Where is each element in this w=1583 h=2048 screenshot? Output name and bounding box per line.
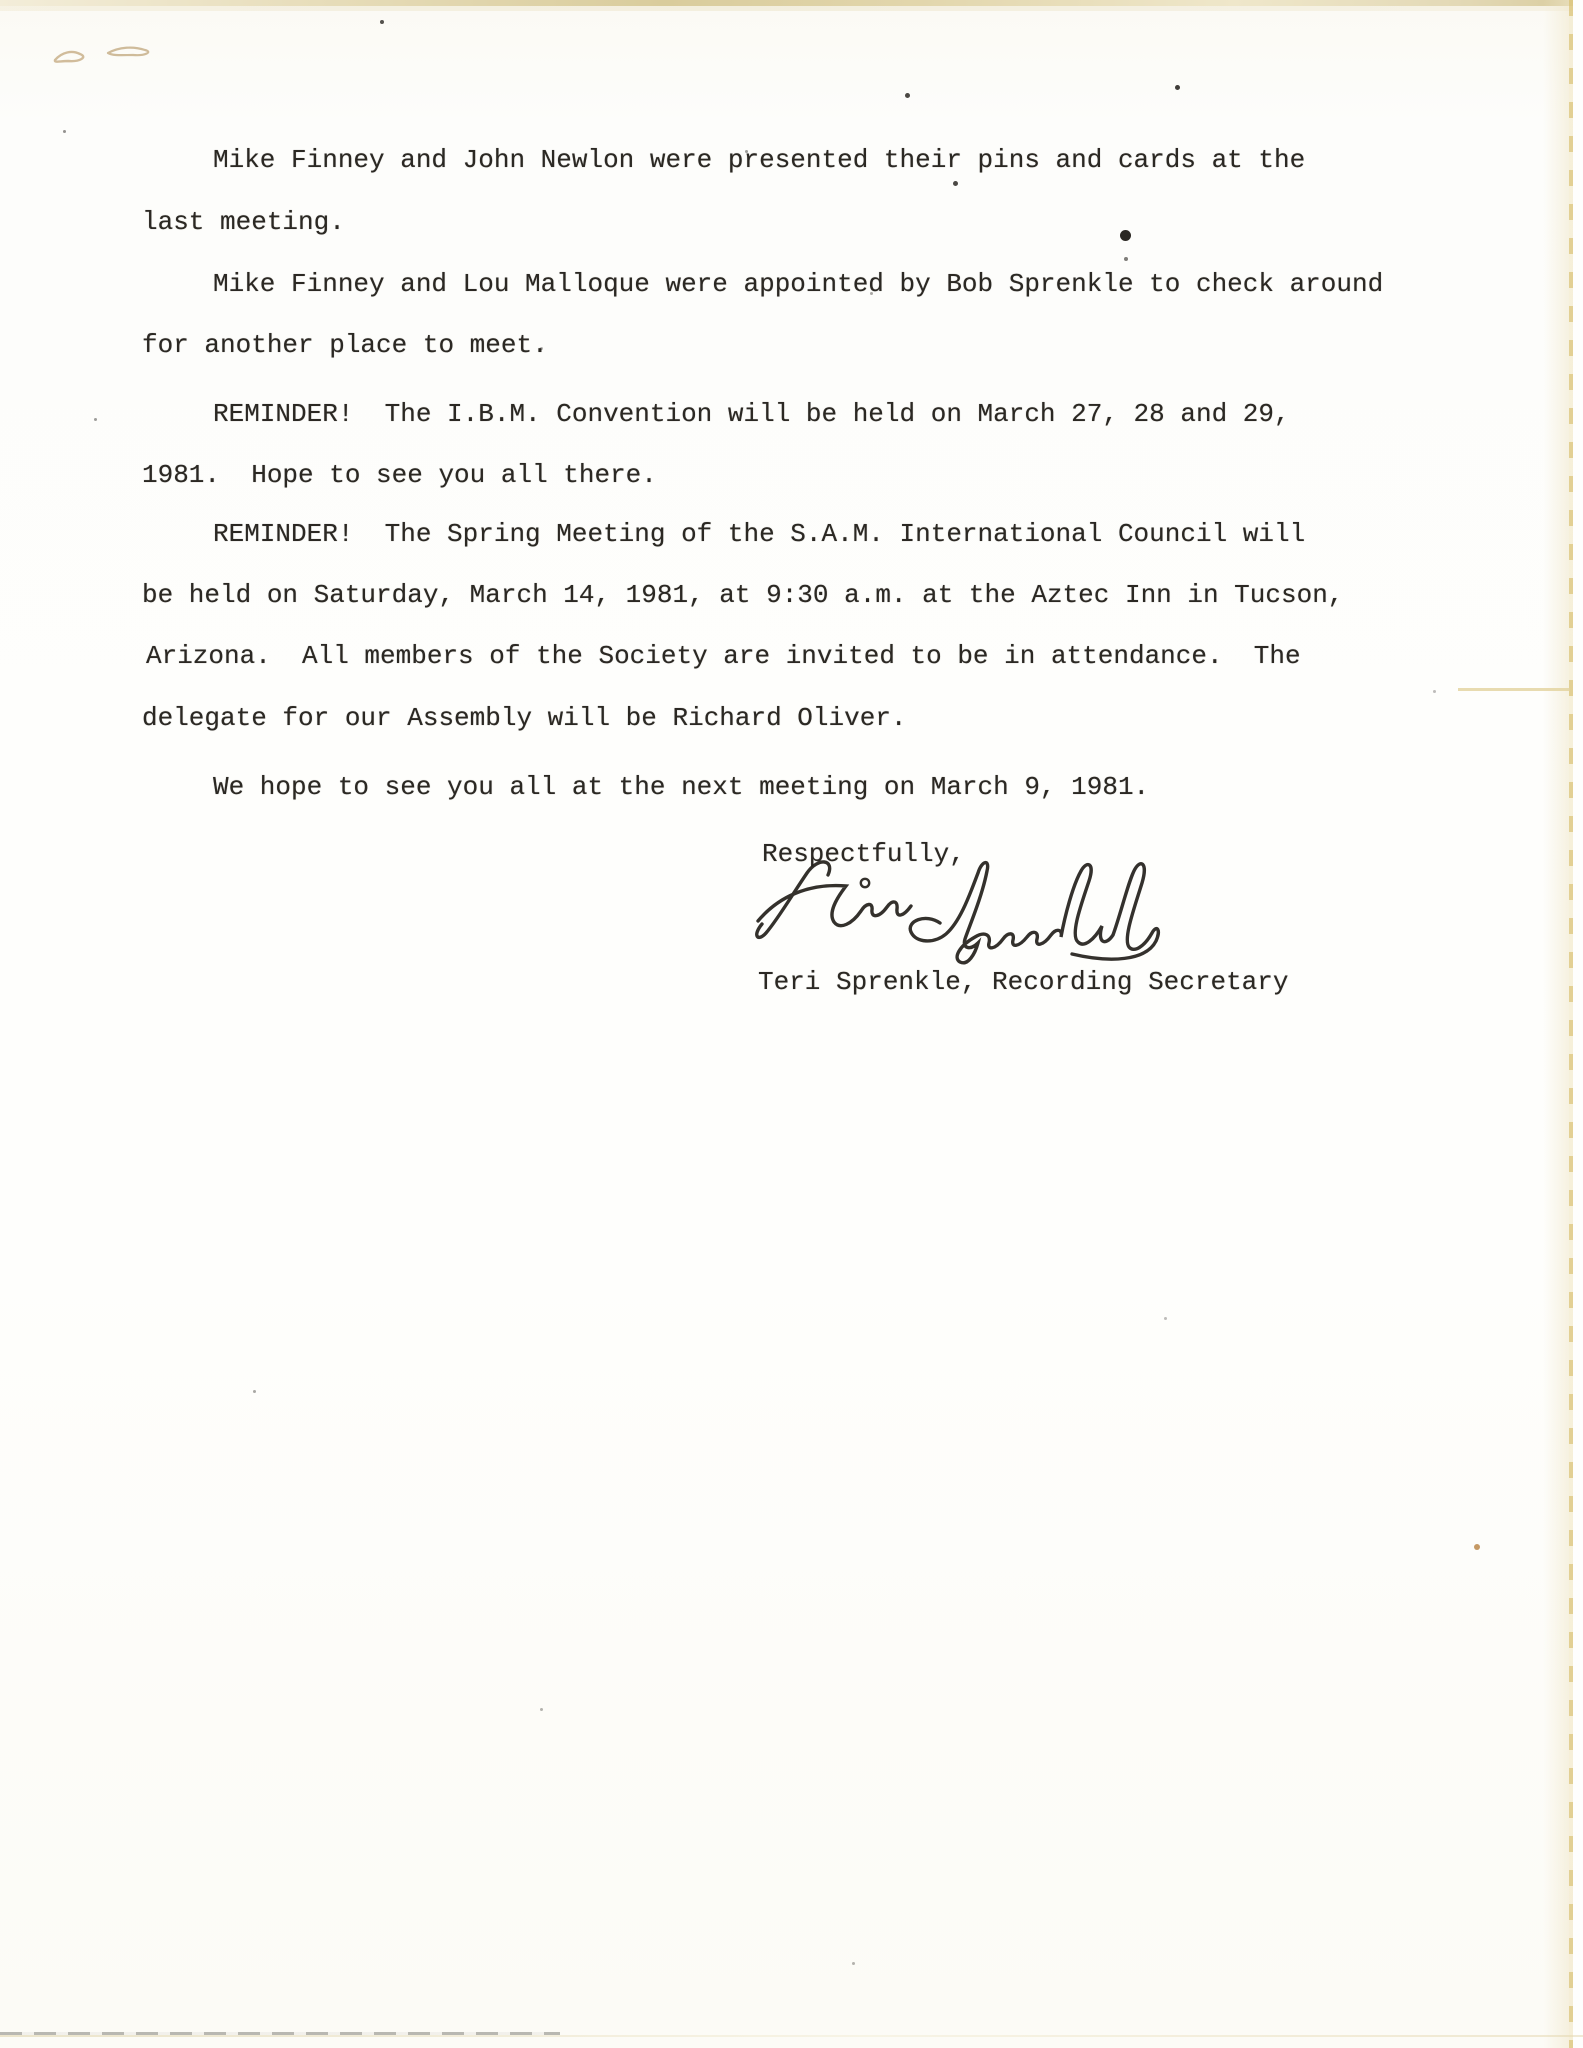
typed-line: Mike Finney and Lou Malloque were appoin… [213,267,1383,301]
typed-line: Arizona. All members of the Society are … [146,639,1301,673]
typed-line: 1981. Hope to see you all there. [142,458,657,492]
page-crease-vertical [1569,0,1573,2048]
scan-speck [745,150,748,153]
scan-speck [1124,257,1128,261]
scan-speck [94,418,97,421]
typed-line: delegate for our Assembly will be Richar… [142,701,907,735]
scan-speck [852,1962,855,1965]
typed-line: for another place to meet. [142,328,548,362]
scan-top-edge-soft [0,6,1583,11]
scan-speck [1120,230,1131,241]
scan-speck [1175,85,1180,90]
scan-bottom-edge-soft [0,2035,1583,2037]
scan-speck [253,1390,256,1393]
scan-speck [870,292,873,295]
typed-line: REMINDER! The I.B.M. Convention will be … [213,397,1290,431]
scan-speck [953,181,958,186]
scanned-letter-page: Mike Finney and John Newlon were present… [0,0,1583,2048]
scan-speck [1433,690,1436,693]
pencil-smudge [52,42,167,70]
scan-speck [1164,1317,1167,1320]
signature-handwriting [750,853,1200,975]
signature-caption: Teri Sprenkle, Recording Secretary [758,965,1289,999]
typed-line: last meeting. [142,205,345,239]
scan-speck [540,347,543,350]
page-crease-horizontal [1458,688,1570,691]
typed-line: be held on Saturday, March 14, 1981, at … [142,578,1343,612]
typed-line: REMINDER! The Spring Meeting of the S.A.… [213,517,1305,551]
page-crease-halo [1543,0,1569,2048]
scan-right-margin [1573,0,1583,2048]
scan-speck [540,1708,543,1711]
scan-speck [905,93,910,98]
typed-line: We hope to see you all at the next meeti… [213,770,1149,804]
typed-line: Mike Finney and John Newlon were present… [213,143,1305,177]
scan-speck [63,130,66,133]
scan-speck-brown [1474,1544,1480,1550]
scan-speck [380,20,384,24]
